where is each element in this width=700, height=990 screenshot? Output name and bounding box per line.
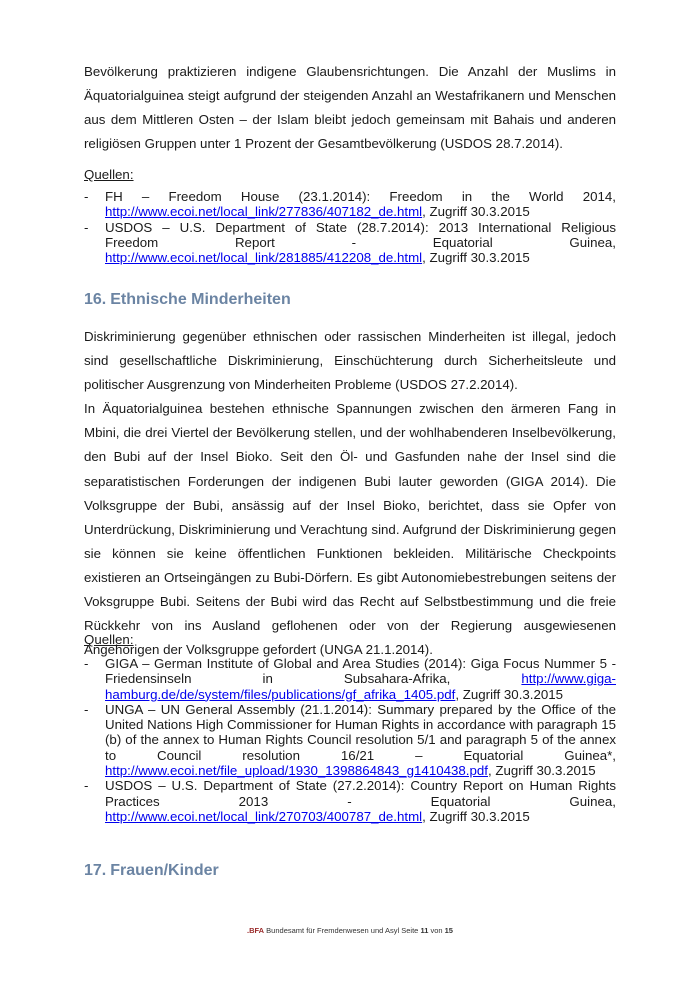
source-item: -GIGA – German Institute of Global and A… <box>84 656 616 702</box>
section-16-body: Diskriminierung gegenüber ethnischen ode… <box>84 325 616 662</box>
sources-label-2: Quellen: <box>84 632 134 647</box>
source-link[interactable]: http://www.ecoi.net/local_link/277836/40… <box>105 204 422 219</box>
source-item: -UNGA – UN General Assembly (21.1.2014):… <box>84 702 616 778</box>
list-dash: - <box>84 189 88 204</box>
total-pages: 15 <box>445 926 453 935</box>
list-dash: - <box>84 220 88 235</box>
sources-list-2: -GIGA – German Institute of Global and A… <box>84 656 616 824</box>
list-dash: - <box>84 778 88 793</box>
list-dash: - <box>84 656 88 671</box>
sources-list-1: -FH – Freedom House (23.1.2014): Freedom… <box>84 189 616 265</box>
body-paragraph: Diskriminierung gegenüber ethnischen ode… <box>84 325 616 397</box>
section-title: Ethnische Minderheiten <box>110 291 290 308</box>
bfa-logo-text: .BFA <box>247 926 264 935</box>
source-item: -FH – Freedom House (23.1.2014): Freedom… <box>84 189 616 220</box>
page-footer: .BFA Bundesamt für Fremdenwesen und Asyl… <box>0 926 700 935</box>
body-paragraph: In Äquatorialguinea bestehen ethnische S… <box>84 397 616 662</box>
section-heading-16: 16.Ethnische Minderheiten <box>84 291 291 309</box>
section-number: 17. <box>84 862 106 879</box>
source-link[interactable]: http://www.ecoi.net/local_link/281885/41… <box>105 250 422 265</box>
section-number: 16. <box>84 291 106 308</box>
source-link[interactable]: http://www.ecoi.net/local_link/270703/40… <box>105 809 422 824</box>
source-item: -USDOS – U.S. Department of State (28.7.… <box>84 220 616 266</box>
source-link[interactable]: http://www.ecoi.net/file_upload/1930_139… <box>105 763 488 778</box>
section-heading-17: 17.Frauen/Kinder <box>84 862 219 880</box>
sources-label-1: Quellen: <box>84 167 134 182</box>
list-dash: - <box>84 702 88 717</box>
source-item: -USDOS – U.S. Department of State (27.2.… <box>84 778 616 824</box>
section-title: Frauen/Kinder <box>110 862 218 879</box>
intro-paragraph: Bevölkerung praktizieren indigene Glaube… <box>84 60 616 156</box>
